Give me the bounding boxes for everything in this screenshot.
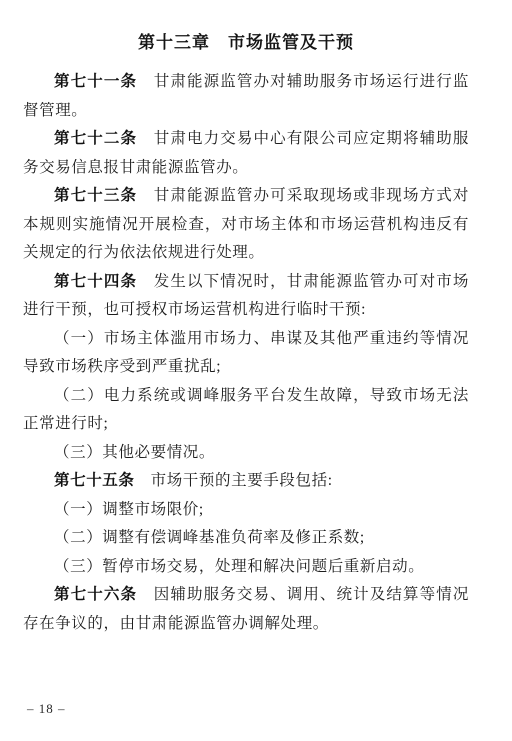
document-page: 第十三章 市场监管及干预 第七十一条 甘肃能源监管办对辅助服务市场运行进行监督管… bbox=[0, 0, 512, 741]
paragraph: 第七十一条 甘肃能源监管办对辅助服务市场运行进行监督管理。 bbox=[23, 68, 469, 125]
paragraph-text: （三）暂停市场交易，处理和解决问题后重新启动。 bbox=[54, 558, 424, 575]
paragraph-text: （二）调整有偿调峰基准负荷率及修正系数; bbox=[54, 529, 365, 546]
article-number: 第七十五条 bbox=[54, 472, 151, 489]
paragraph: （三）其他必要情况。 bbox=[23, 439, 469, 468]
paragraph: 第七十三条 甘肃能源监管办可采取现场或非现场方式对本规则实施情况开展检查，对市场… bbox=[23, 182, 469, 268]
article-number: 第七十一条 bbox=[54, 73, 154, 90]
article-number: 第七十二条 bbox=[54, 130, 154, 147]
document-content: 第十三章 市场监管及干预 第七十一条 甘肃能源监管办对辅助服务市场运行进行监督管… bbox=[23, 30, 469, 638]
article-number: 第七十四条 bbox=[54, 273, 154, 290]
paragraph: （二）调整有偿调峰基准负荷率及修正系数; bbox=[23, 524, 469, 553]
paragraph: （二）电力系统或调峰服务平台发生故障，导致市场无法正常进行时; bbox=[23, 382, 469, 439]
paragraph: （一）市场主体滥用市场力、串谋及其他严重违约等情况导致市场秩序受到严重扰乱; bbox=[23, 325, 469, 382]
article-number: 第七十六条 bbox=[54, 586, 154, 603]
article-number: 第七十三条 bbox=[54, 187, 154, 204]
paragraph: 第七十二条 甘肃电力交易中心有限公司应定期将辅助服务交易信息报甘肃能源监管办。 bbox=[23, 125, 469, 182]
paragraph: （一）调整市场限价; bbox=[23, 496, 469, 525]
paragraph-text: （二）电力系统或调峰服务平台发生故障，导致市场无法正常进行时; bbox=[23, 387, 469, 433]
paragraph-text: （一）市场主体滥用市场力、串谋及其他严重违约等情况导致市场秩序受到严重扰乱; bbox=[23, 330, 469, 376]
paragraph: 第七十四条 发生以下情况时，甘肃能源监管办可对市场进行干预，也可授权市场运营机构… bbox=[23, 268, 469, 325]
paragraph: （三）暂停市场交易，处理和解决问题后重新启动。 bbox=[23, 553, 469, 582]
chapter-title: 第十三章 市场监管及干预 bbox=[23, 30, 469, 55]
paragraph-text: （三）其他必要情况。 bbox=[54, 444, 215, 461]
document-body: 第七十一条 甘肃能源监管办对辅助服务市场运行进行监督管理。 第七十二条 甘肃电力… bbox=[23, 68, 469, 638]
paragraph: 第七十六条 因辅助服务交易、调用、统计及结算等情况存在争议的，由甘肃能源监管办调… bbox=[23, 581, 469, 638]
paragraph-text: 市场干预的主要手段包括: bbox=[151, 472, 333, 489]
page-number: – 18 – bbox=[27, 700, 66, 718]
paragraph: 第七十五条 市场干预的主要手段包括: bbox=[23, 467, 469, 496]
paragraph-text: （一）调整市场限价; bbox=[54, 501, 204, 518]
